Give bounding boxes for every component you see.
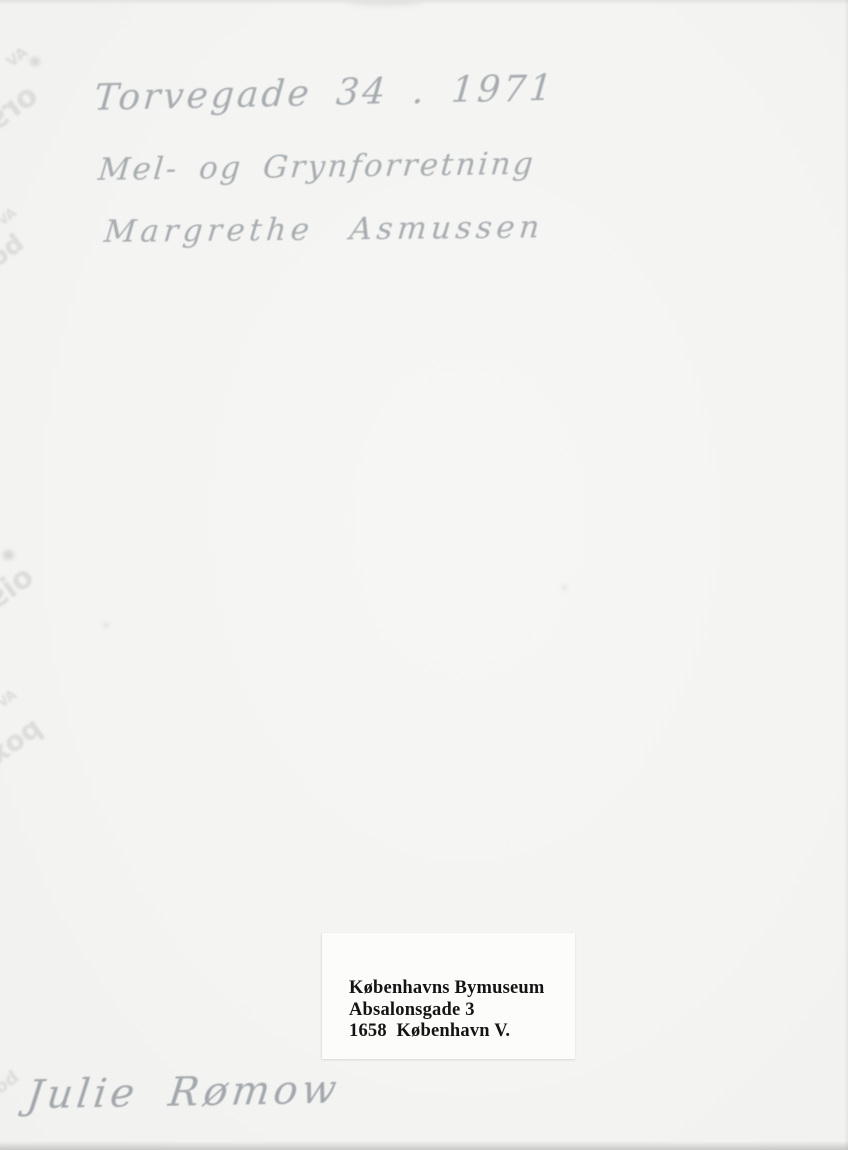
handwritten-line-owner-name: Margrethe Asmussen (103, 209, 546, 250)
scan-edge-bottom-shadow (0, 1141, 848, 1150)
handwritten-signature: Julie Rømow (24, 1067, 343, 1119)
paper-watermark-fragment: ors (0, 78, 44, 138)
paper-watermark-fragment: bo (0, 1067, 23, 1099)
scan-smudge (348, 0, 422, 6)
handwritten-line-shop-type: Mel- og Grynforretning (97, 146, 537, 188)
pencil-dot-mark (103, 622, 109, 628)
pencil-dot-mark (562, 585, 567, 590)
photo-back-scan: AV ors AV bo ois AV pox bo Torvegade 34 … (0, 0, 848, 1150)
handwritten-line-address-year: Torvegade 34 . 1971 (93, 68, 557, 119)
paper-watermark-fragment: AV (0, 688, 20, 712)
scan-speck (3, 550, 14, 560)
scan-speck (30, 57, 40, 66)
paper-watermark-fragment: ois (0, 559, 40, 616)
scan-edge-top-shadow (0, 0, 848, 5)
paper-watermark-fragment: pox (0, 710, 48, 770)
paper-watermark-fragment: AV (0, 206, 20, 230)
museum-label-street: Absalonsgade 3 (349, 1000, 575, 1022)
paper-watermark-fragment: bo (0, 228, 30, 274)
museum-label-city: 1658 København V. (349, 1021, 575, 1043)
museum-label-name: Københavns Bymuseum (349, 978, 575, 1000)
paper-watermark-fragment: AV (3, 43, 32, 71)
scan-edge-right-shadow (844, 0, 848, 1150)
museum-address-label: Københavns Bymuseum Absalonsgade 3 1658 … (322, 933, 575, 1059)
